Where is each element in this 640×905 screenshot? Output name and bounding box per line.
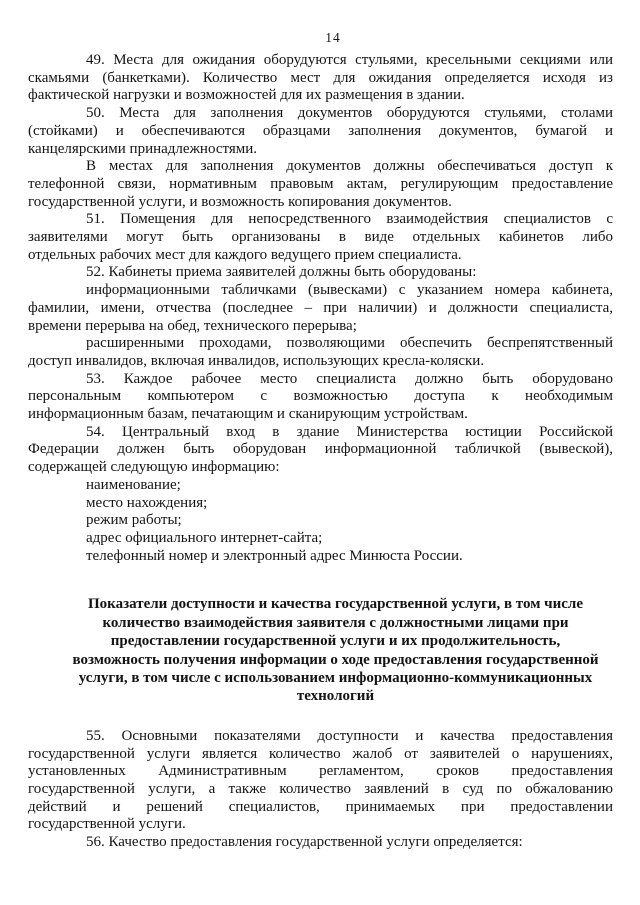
text-line: скамьями (банкетками). Количество мест д…: [28, 70, 613, 88]
text-line: персональным компьютером с возможностью …: [28, 388, 613, 406]
paragraph: 51. Помещения для непосредственного взаи…: [28, 211, 613, 264]
text-line: возможность получения информации о ходе …: [58, 651, 613, 669]
text-line: (стойками) и обеспечиваются образцами за…: [28, 123, 613, 141]
paragraph: 50. Места для заполнения документов обор…: [28, 105, 613, 158]
text-line: действий и решений специалистов, принима…: [28, 799, 613, 817]
paragraph: 54. Центральный вход в здание Министерст…: [28, 424, 613, 477]
paragraph: информационными табличками (вывесками) с…: [28, 282, 613, 335]
text-line: 55. Основными показателями доступности и…: [28, 728, 613, 746]
text-line: государственной услуги является количест…: [28, 746, 613, 764]
text-line: 49. Места для ожидания оборудуются стуль…: [28, 52, 613, 70]
text-line: 53. Каждое рабочее место специалиста дол…: [28, 371, 613, 389]
paragraph: расширенными проходами, позволяющими обе…: [28, 335, 613, 370]
text-line: фактической нагрузки и возможностей для …: [28, 87, 613, 105]
text-line: времени перерыва на обед, технического п…: [28, 318, 613, 336]
paragraph: место нахождения;: [28, 495, 613, 513]
text-line: 50. Места для заполнения документов обор…: [28, 105, 613, 123]
text-line: Федерации должен быть оборудован информа…: [28, 441, 613, 459]
paragraph: режим работы;: [28, 512, 613, 530]
text-line: доступ инвалидов, включая инвалидов, исп…: [28, 353, 613, 371]
text-line: режим работы;: [28, 512, 613, 530]
text-line: 51. Помещения для непосредственного взаи…: [28, 211, 613, 229]
text-line: телефонный номер и электронный адрес Мин…: [28, 548, 613, 566]
text-line: 54. Центральный вход в здание Министерст…: [28, 424, 613, 442]
paragraph: 49. Места для ожидания оборудуются стуль…: [28, 52, 613, 105]
text-line: технологий: [58, 687, 613, 705]
paragraph: 53. Каждое рабочее место специалиста дол…: [28, 371, 613, 424]
text-line: расширенными проходами, позволяющими обе…: [28, 335, 613, 353]
text-line: количество взаимодействия заявителя с до…: [58, 614, 613, 632]
text-line: установленных Административным регламент…: [28, 763, 613, 781]
text-line: место нахождения;: [28, 495, 613, 513]
paragraph: 56. Качество предоставления государствен…: [28, 834, 613, 852]
document-body: 49. Места для ожидания оборудуются стуль…: [28, 52, 613, 852]
text-line: адрес официального интернет-сайта;: [28, 530, 613, 548]
paragraph: адрес официального интернет-сайта;: [28, 530, 613, 548]
text-line: фамилии, имени, отчества (последнее – пр…: [28, 300, 613, 318]
text-line: информационным базам, печатающим и скани…: [28, 406, 613, 424]
text-line: предоставлении государственной услуги и …: [58, 632, 613, 650]
paragraph: В местах для заполнения документов должн…: [28, 158, 613, 211]
text-line: услуги, в том числе с использованием инф…: [58, 669, 613, 687]
paragraph: наименование;: [28, 477, 613, 495]
text-line: государственной услуги, и возможность ко…: [28, 194, 613, 212]
text-line: Показатели доступности и качества госуда…: [58, 595, 613, 613]
text-line: информационными табличками (вывесками) с…: [28, 282, 613, 300]
text-line: содержащей следующую информацию:: [28, 459, 613, 477]
paragraph: 55. Основными показателями доступности и…: [28, 728, 613, 834]
text-line: наименование;: [28, 477, 613, 495]
paragraph: телефонный номер и электронный адрес Мин…: [28, 548, 613, 566]
text-line: телефонной связи, нормативным правовым а…: [28, 176, 613, 194]
text-line: государственной услуги.: [28, 816, 613, 834]
page-number: 14: [0, 31, 640, 45]
paragraph: 52. Кабинеты приема заявителей должны бы…: [28, 264, 613, 282]
document-page: 14 49. Места для ожидания оборудуются ст…: [0, 0, 640, 905]
text-line: канцелярскими принадлежностями.: [28, 141, 613, 159]
text-line: государственной услуги, а также количест…: [28, 781, 613, 799]
text-line: заявителями могут быть организованы в ви…: [28, 229, 613, 247]
text-line: 56. Качество предоставления государствен…: [28, 834, 613, 852]
section-heading: Показатели доступности и качества госуда…: [28, 595, 613, 705]
text-line: В местах для заполнения документов должн…: [28, 158, 613, 176]
text-line: отдельных рабочих мест для каждого ведущ…: [28, 247, 613, 265]
text-line: 52. Кабинеты приема заявителей должны бы…: [28, 264, 613, 282]
